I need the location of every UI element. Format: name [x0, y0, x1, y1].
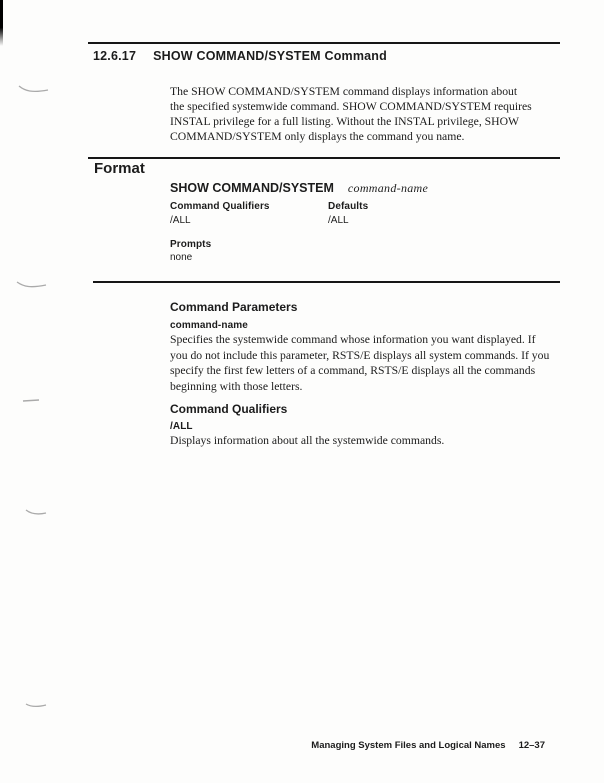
scan-corner-bar [0, 0, 3, 46]
margin-pencil-mark [18, 82, 50, 96]
command-qualifiers-column-header: Command Qualifiers [170, 201, 328, 212]
qualifier-value: /ALL [170, 215, 328, 226]
default-value: /ALL [328, 215, 349, 226]
prompts-value: none [170, 252, 192, 263]
margin-pencil-mark [25, 506, 47, 518]
qualifier-description: Displays information about all the syste… [170, 433, 574, 449]
page-footer: Managing System Files and Logical Names1… [311, 740, 545, 751]
parameter-description: Specifies the systemwide command whose i… [170, 332, 574, 394]
margin-pencil-mark [16, 277, 48, 291]
command-parameters-heading: Command Parameters [170, 300, 297, 314]
prompts-header: Prompts [170, 239, 211, 250]
section-divider-rule [88, 42, 560, 44]
margin-pencil-mark [25, 699, 47, 711]
footer-page-number: 12–37 [519, 740, 545, 751]
section-number: 12.6.17 [93, 49, 136, 63]
format-divider-rule [88, 157, 560, 159]
command-syntax-line: SHOW COMMAND/SYSTEMcommand-name [170, 181, 428, 196]
parameter-term: command-name [170, 320, 248, 331]
section-title: SHOW COMMAND/SYSTEM Command [153, 49, 387, 63]
manual-page: 12.6.17SHOW COMMAND/SYSTEM Command The S… [0, 0, 604, 783]
qualifier-term: /ALL [170, 421, 193, 432]
margin-pencil-mark [22, 397, 40, 405]
qualifier-header-row: Command Qualifiers Defaults [170, 201, 368, 212]
section-heading: 12.6.17SHOW COMMAND/SYSTEM Command [93, 49, 387, 63]
command-qualifiers-heading: Command Qualifiers [170, 402, 287, 416]
qualifier-value-row: /ALL /ALL [170, 215, 349, 226]
format-heading: Format [94, 160, 145, 177]
body-divider-rule [93, 281, 560, 283]
section-intro-paragraph: The SHOW COMMAND/SYSTEM command displays… [170, 84, 568, 144]
syntax-argument: command-name [348, 181, 428, 195]
footer-running-title: Managing System Files and Logical Names [311, 740, 505, 751]
syntax-command: SHOW COMMAND/SYSTEM [170, 181, 334, 195]
defaults-column-header: Defaults [328, 201, 368, 212]
